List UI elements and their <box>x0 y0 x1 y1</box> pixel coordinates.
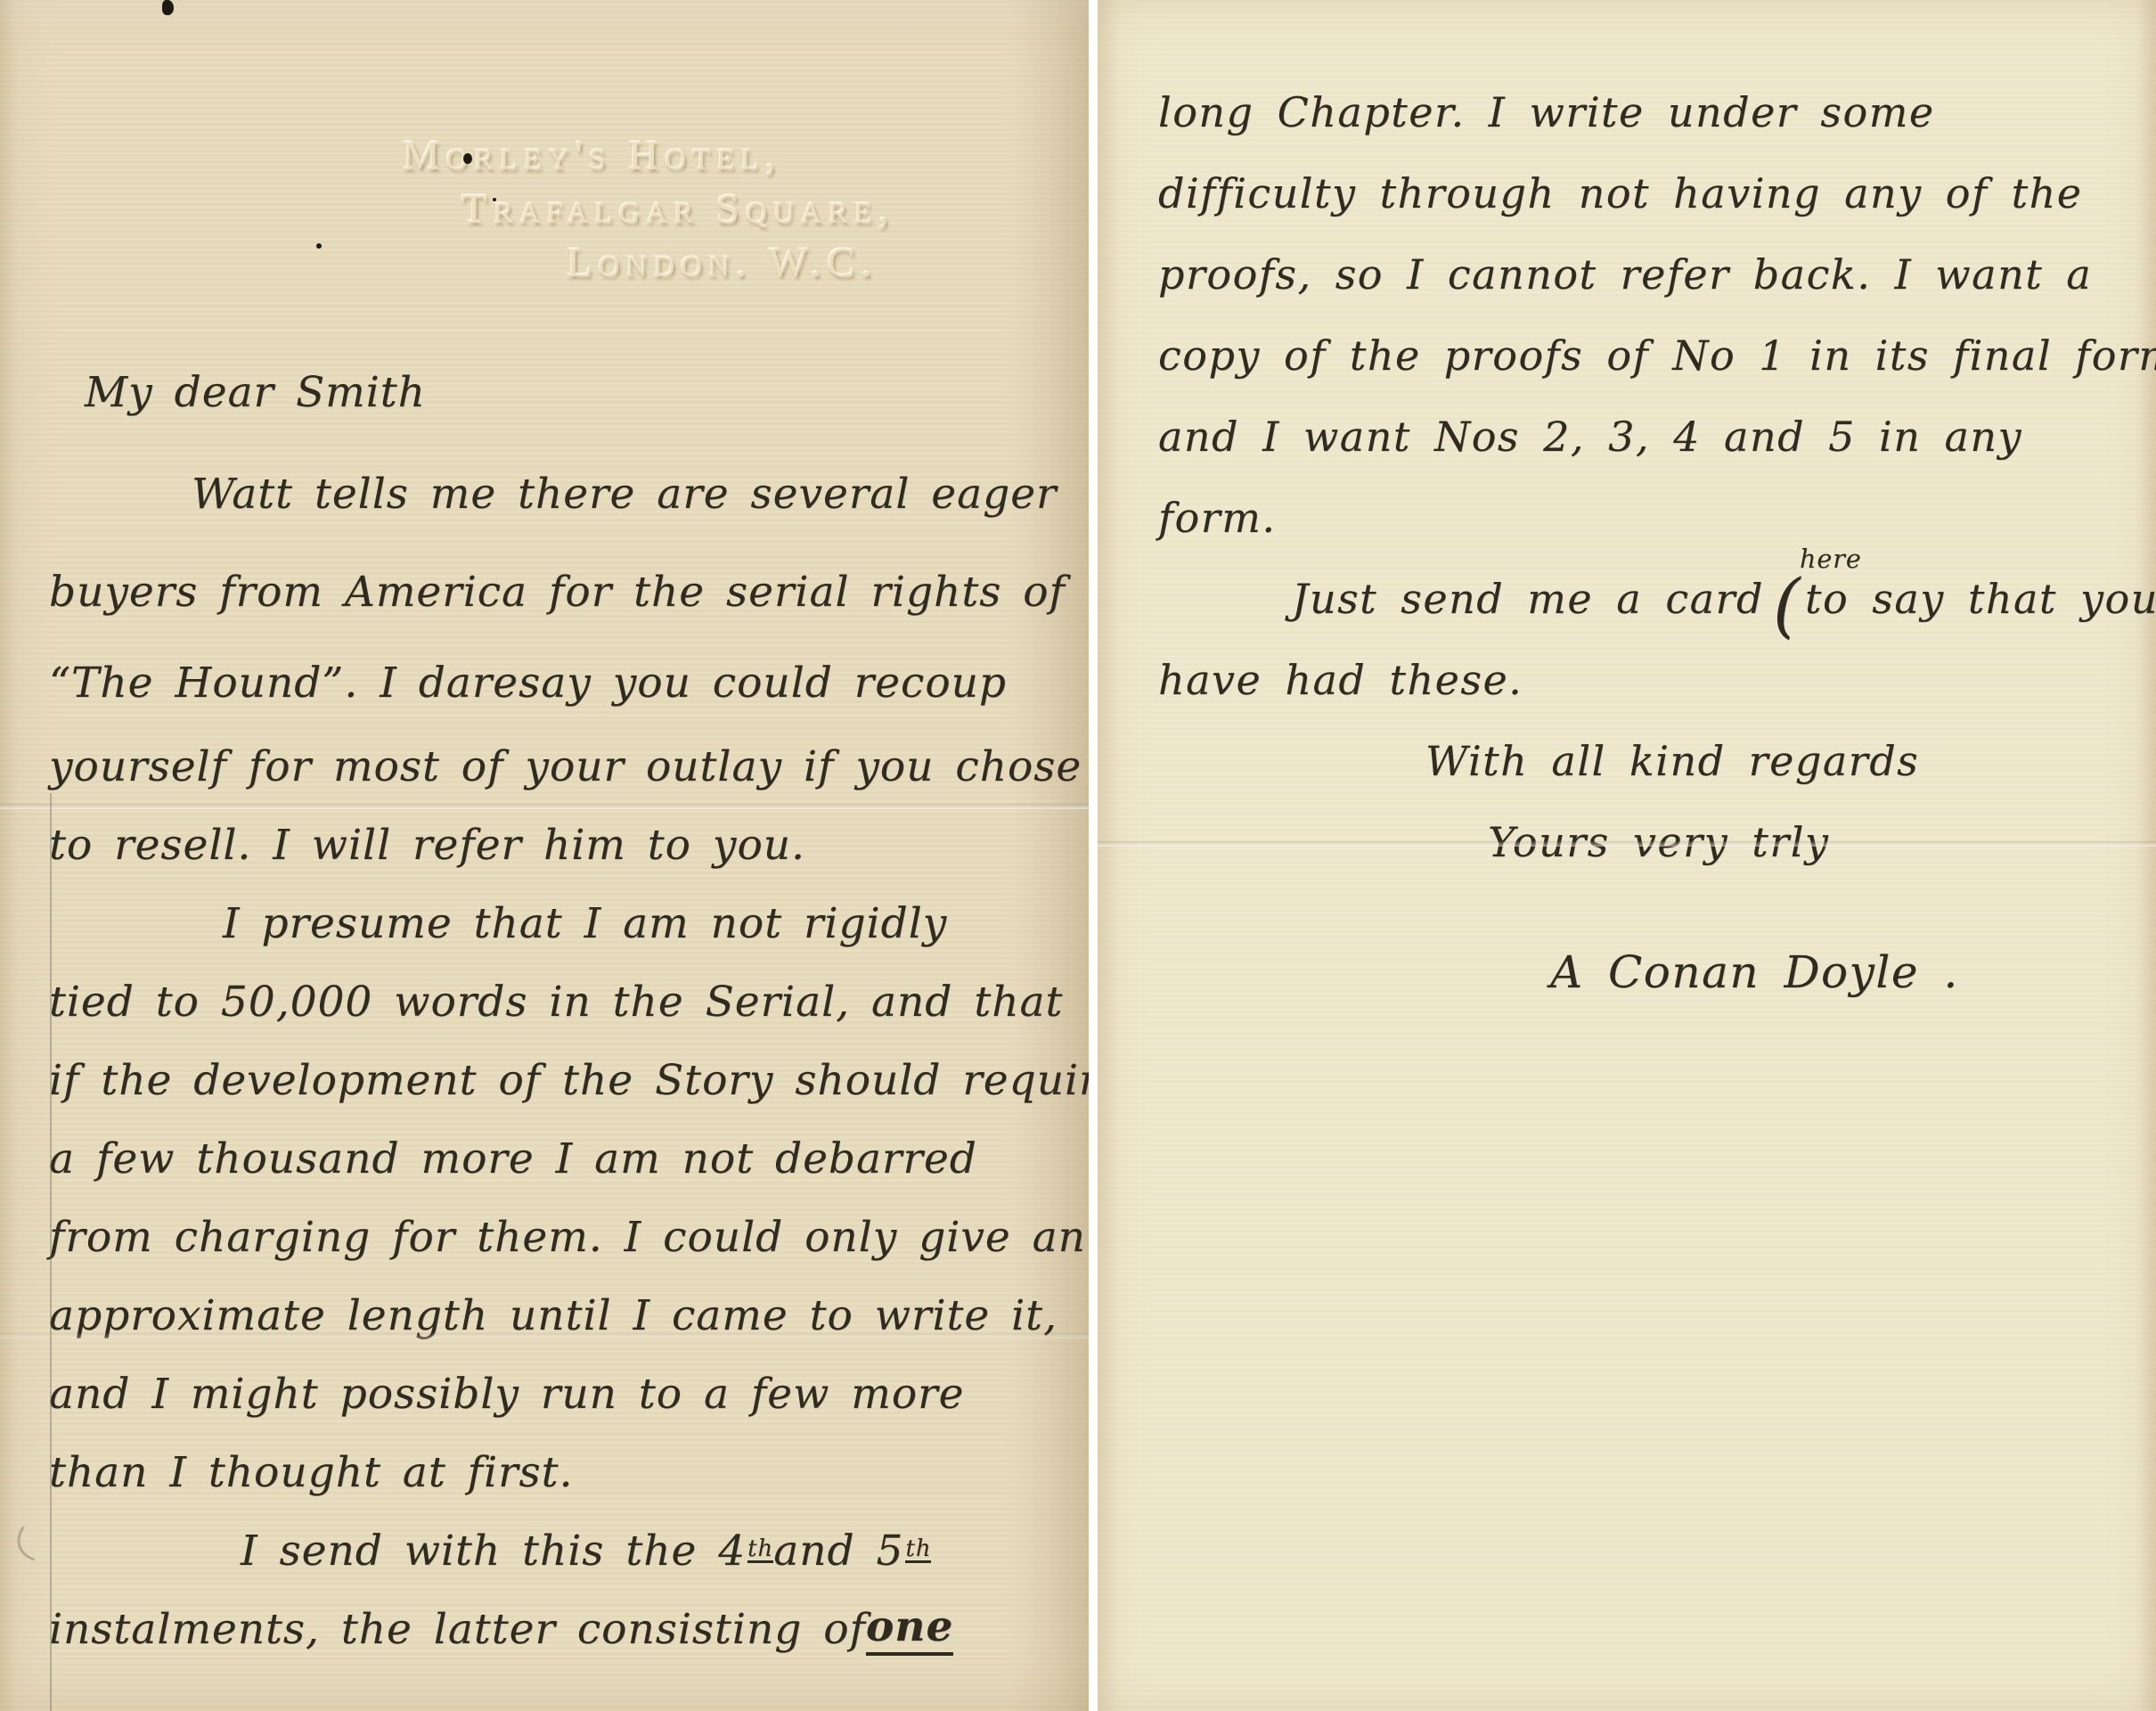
ink-speck <box>162 0 174 15</box>
handwritten-line: if the development of the Story should r… <box>49 1041 1089 1119</box>
text-run: tied to 50,000 words in the Serial, and … <box>49 978 1063 1027</box>
underlined-word: one <box>866 1602 953 1656</box>
text-run: yourself for most of your outlay if you … <box>49 742 1082 791</box>
text-run: Just send me a card <box>1292 575 1764 623</box>
page1-lines: My dear SmithWatt tells me there are sev… <box>0 0 1089 1668</box>
handwritten-line: I presume that I am not rigidly <box>223 884 1089 962</box>
text-run: than I thought at first. <box>49 1448 574 1497</box>
text-run: from charging for them. I could only giv… <box>49 1213 1086 1262</box>
handwritten-line: from charging for them. I could only giv… <box>49 1198 1089 1276</box>
text-run: I send with this the 4 <box>241 1527 746 1576</box>
handwritten-line: have had these. <box>1158 639 2156 720</box>
text-run: have had these. <box>1158 656 1523 704</box>
handwritten-line: approximate length until I came to write… <box>49 1276 1089 1355</box>
letter-scan: Morley's Hotel,Trafalgar Square,London. … <box>0 0 2156 1711</box>
page2-lines: long Chapter. I write under somedifficul… <box>1098 0 2156 1012</box>
text-run: proofs, so I cannot refer back. I want a <box>1158 250 2092 299</box>
letter-page-1: Morley's Hotel,Trafalgar Square,London. … <box>0 0 1089 1711</box>
handwritten-line: and I want Nos 2, 3, 4 and 5 in any <box>1158 396 2156 477</box>
fold-crease <box>0 804 1089 809</box>
handwritten-line: than I thought at first. <box>49 1433 1089 1511</box>
handwritten-line: Just send me a card(hereto say that you <box>1292 558 2156 639</box>
text-run: to say that you <box>1805 575 2156 623</box>
ordinal-suffix: th <box>747 1538 773 1564</box>
handwritten-line: long Chapter. I write under some <box>1158 71 2156 152</box>
text-run: if the development of the Story should r… <box>49 1056 1089 1105</box>
text-run: buyers from America for the serial right… <box>49 568 1066 617</box>
handwritten-line: buyers from America for the serial right… <box>49 553 1089 631</box>
text-run: to resell. I will refer him to you. <box>49 821 805 870</box>
text-run: My dear Smith <box>85 368 426 417</box>
handwritten-line: tied to 50,000 words in the Serial, and … <box>49 962 1089 1041</box>
text-run: form. <box>1158 494 1276 542</box>
text-run: a few thousand more I am not debarred <box>49 1134 977 1183</box>
handwritten-line: A Conan Doyle . <box>1550 931 2156 1012</box>
handwritten-line: Watt tells me there are several eager <box>192 454 1089 533</box>
text-run: and I might possibly run to a few more <box>49 1370 964 1419</box>
text-run: instalments, the latter consisting of <box>49 1605 866 1654</box>
handwritten-line: My dear Smith <box>85 353 1089 431</box>
insertion-paren: ( <box>1773 565 1801 646</box>
text-run: long Chapter. I write under some <box>1158 88 1935 136</box>
handwritten-line: difficulty through not having any of the <box>1158 152 2156 233</box>
text-run: copy of the proofs of No 1 in its final … <box>1158 332 2156 380</box>
text-run: “The Hound”. I daresay you could recoup <box>49 659 1007 708</box>
handwritten-line: copy of the proofs of No 1 in its final … <box>1158 315 2156 396</box>
handwritten-line: I send with this the 4th and 5th <box>241 1511 1089 1590</box>
pencil-margin-line <box>50 793 52 1711</box>
handwritten-line: With all kind regards <box>1425 720 2156 801</box>
ink-speck <box>463 153 472 164</box>
ink-speck <box>493 198 496 201</box>
inserted-word: here <box>1800 544 1862 574</box>
handwritten-line: proofs, so I cannot refer back. I want a <box>1158 233 2156 315</box>
handwritten-line: yourself for most of your outlay if you … <box>49 727 1089 806</box>
ink-speck <box>316 243 322 249</box>
text-run: Watt tells me there are several eager <box>192 470 1058 519</box>
text-run: difficulty through not having any of the <box>1158 169 2082 217</box>
handwritten-line: a few thousand more I am not debarred <box>49 1119 1089 1198</box>
letter-page-2: long Chapter. I write under somedifficul… <box>1098 0 2156 1711</box>
fold-crease <box>1098 841 2156 847</box>
text-run: and 5 <box>773 1527 903 1576</box>
handwritten-line: form. <box>1158 477 2156 558</box>
text-run: With all kind regards <box>1425 737 1919 785</box>
handwritten-line: instalments, the latter consisting of on… <box>49 1590 1089 1668</box>
text-run: A Conan Doyle . <box>1550 946 1959 998</box>
text-run: and I want Nos 2, 3, 4 and 5 in any <box>1158 413 2022 461</box>
fold-crease <box>0 1333 1089 1339</box>
handwritten-line: to resell. I will refer him to you. <box>49 806 1089 884</box>
ordinal-suffix: th <box>905 1538 931 1564</box>
handwritten-line: and I might possibly run to a few more <box>49 1355 1089 1433</box>
text-run: I presume that I am not rigidly <box>223 899 947 948</box>
handwritten-line: “The Hound”. I daresay you could recoup <box>49 643 1089 722</box>
